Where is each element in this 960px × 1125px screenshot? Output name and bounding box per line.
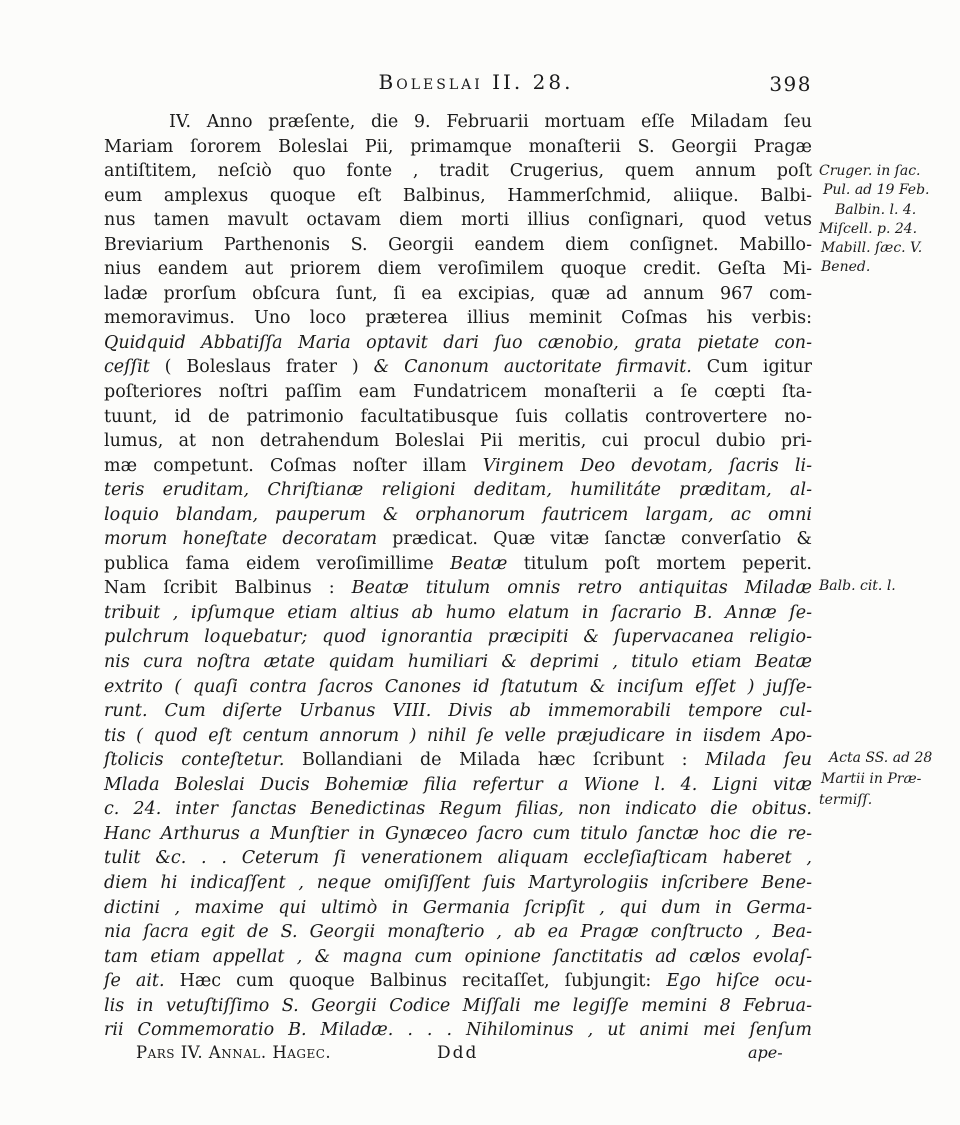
margin-note-group: Balb. cit. l. xyxy=(819,577,958,596)
text-segment-italic: tribuit , ipſumque etiam altius ab humo … xyxy=(104,603,812,623)
text-segment: poſteriores noſtri paſſim eam Fundatrice… xyxy=(104,382,812,402)
text-segment-italic: ſtolicis conteſtetur. xyxy=(104,750,284,770)
running-title: Boleslai II. 28. xyxy=(379,70,574,94)
text-line: loquio blandam, pauperum & orphanorum fa… xyxy=(104,503,812,528)
text-line: Nam ſcribit Balbinus : Beatæ titulum omn… xyxy=(104,576,812,601)
text-segment-italic: ſe ait. xyxy=(104,971,165,991)
text-segment-italic: Ego hiſce ocu- xyxy=(666,971,812,991)
text-segment-italic: Milada ſeu xyxy=(705,750,812,770)
margin-note-line: Balbin. l. 4. xyxy=(819,201,958,220)
text-segment: Breviarium Parthenonis S. Georgii eandem… xyxy=(104,235,812,255)
footer-catchword: ape- xyxy=(748,1043,783,1062)
text-segment: eum amplexus quoque eſt Balbinus, Hammer… xyxy=(104,186,812,206)
text-line: eum amplexus quoque eſt Balbinus, Hammer… xyxy=(104,184,812,209)
text-line: rii Commemoratio B. Miladæ. . . . Nihilo… xyxy=(104,1018,812,1043)
text-segment-italic: Mlada Boleslai Ducis Bohemiæ filia refer… xyxy=(104,775,812,795)
text-line: Mariam ſororem Boleslai Pii, primamque m… xyxy=(104,135,812,160)
text-segment-italic: morum honeſtate decoratam xyxy=(104,529,392,549)
text-segment-italic: diem hi indicaſſent , neque omiſiſſent ſ… xyxy=(104,873,812,893)
text-line: memoravimus. Uno loco præterea illius me… xyxy=(104,306,812,331)
text-segment-italic: Hanc Arthurus a Munſtier in Gynæceo ſacr… xyxy=(104,824,812,844)
text-segment-italic: runt. Cum diſerte Urbanus VIII. Divis ab… xyxy=(104,701,812,721)
text-segment-italic: pulchrum loquebatur; quod ignorantia præ… xyxy=(104,627,812,647)
text-line: pulchrum loquebatur; quod ignorantia præ… xyxy=(104,625,812,650)
text-segment-italic: tis ( quod eſt centum annorum ) nihil ſe… xyxy=(104,726,812,746)
text-segment-italic: tam etiam appellat , & magna cum opinion… xyxy=(104,947,812,967)
footer-signature: Pars IV. Annal. Hagec. xyxy=(136,1043,331,1062)
margin-note-group: Acta SS. ad 28Martii in Præ-termiſſ. xyxy=(819,748,958,811)
text-segment-italic: Quidquid Abbatiſſa Maria optavit dari ſu… xyxy=(104,333,812,353)
text-segment: Cum igitur xyxy=(692,357,812,377)
text-segment-italic: Virginem Deo devotam, ſacris li- xyxy=(483,456,812,476)
book-page: Boleslai II. 28. 398 IV. Anno præſente, … xyxy=(0,0,960,1125)
margin-note-line: Martii in Præ- xyxy=(819,769,958,790)
page-footer: Pars IV. Annal. Hagec. Ddd ape- xyxy=(104,1043,812,1069)
text-segment-italic: Beatæ titulum omnis retro antiquitas Mil… xyxy=(352,578,812,598)
margin-note-line: Miſcell. p. 24. xyxy=(819,220,958,239)
text-segment: lumus, at non detrahendum Boleslai Pii m… xyxy=(104,431,812,451)
text-line: lumus, at non detrahendum Boleslai Pii m… xyxy=(104,429,812,454)
margin-note-line: Pul. ad 19 Feb. xyxy=(819,181,958,200)
text-segment-italic: nis cura noſtra ætate quidam humiliari &… xyxy=(104,652,812,672)
text-line: nia ſacra egit de S. Georgii monaſterio … xyxy=(104,920,812,945)
text-segment: ladæ prorſum obſcura ſunt, ſi ea excipia… xyxy=(104,284,812,304)
text-line: diem hi indicaſſent , neque omiſiſſent ſ… xyxy=(104,871,812,896)
text-segment: nus tamen mavult octavam diem morti illi… xyxy=(104,210,812,230)
text-segment-italic: dictini , maxime qui ultimò in Germania … xyxy=(104,898,812,918)
text-line: nus tamen mavult octavam diem morti illi… xyxy=(104,208,812,233)
text-segment-italic: nia ſacra egit de S. Georgii monaſterio … xyxy=(104,922,812,942)
text-segment: tuunt, id de patrimonio facultatibusque … xyxy=(104,407,812,427)
margin-note-line: Bened. xyxy=(819,258,958,277)
text-segment: Hæc cum quoque Balbinus recitaſſet, ſubj… xyxy=(165,971,667,991)
text-segment: ( Boleslaus frater ) xyxy=(150,357,374,377)
text-segment-italic: ceſſit xyxy=(104,357,150,377)
text-segment-italic: tulit &c. . . Ceterum ſi venerationem al… xyxy=(104,848,812,868)
text-segment-italic: loquio blandam, pauperum & orphanorum fa… xyxy=(104,505,812,525)
text-line: IV. Anno præſente, die 9. Februarii mort… xyxy=(104,110,812,135)
text-line: publica fama eidem veroſimillime Beatæ t… xyxy=(104,552,812,577)
text-segment-italic: Beatæ xyxy=(450,554,507,574)
margin-note-line: Balb. cit. l. xyxy=(819,577,958,596)
text-line: nis cura noſtra ætate quidam humiliari &… xyxy=(104,650,812,675)
text-line: teris eruditam, Chriſtianæ religioni ded… xyxy=(104,478,812,503)
text-segment-italic: teris eruditam, Chriſtianæ religioni ded… xyxy=(104,480,812,500)
text-line: morum honeſtate decoratam prædicat. Quæ … xyxy=(104,527,812,552)
body-text: IV. Anno præſente, die 9. Februarii mort… xyxy=(104,110,812,1043)
text-line: ladæ prorſum obſcura ſunt, ſi ea excipia… xyxy=(104,282,812,307)
text-line: nius eandem aut priorem diem veroſimilem… xyxy=(104,257,812,282)
text-line: ceſſit ( Boleslaus frater ) & Canonum au… xyxy=(104,355,812,380)
margin-note-line: Acta SS. ad 28 xyxy=(819,748,958,769)
text-segment: Mariam ſororem Boleslai Pii, primamque m… xyxy=(104,137,812,157)
text-line: Quidquid Abbatiſſa Maria optavit dari ſu… xyxy=(104,331,812,356)
text-line: ſe ait. Hæc cum quoque Balbinus recitaſſ… xyxy=(104,969,812,994)
page-header: Boleslai II. 28. 398 xyxy=(104,70,812,100)
text-line: Breviarium Parthenonis S. Georgii eandem… xyxy=(104,233,812,258)
page-number: 398 xyxy=(769,72,812,96)
text-segment-italic: rii Commemoratio B. Miladæ. . . . Nihilo… xyxy=(104,1020,812,1040)
text-line: antiſtitem, neſciò quo fonte , tradit Cr… xyxy=(104,159,812,184)
text-line: tulit &c. . . Ceterum ſi venerationem al… xyxy=(104,846,812,871)
text-segment: memoravimus. Uno loco præterea illius me… xyxy=(104,308,812,328)
text-line: Mlada Boleslai Ducis Bohemiæ filia refer… xyxy=(104,773,812,798)
text-line: lis in vetuſtiſſimo S. Georgii Codice Mi… xyxy=(104,994,812,1019)
text-segment: IV. Anno præſente, die 9. Februarii mort… xyxy=(169,112,812,132)
text-line: tis ( quod eſt centum annorum ) nihil ſe… xyxy=(104,724,812,749)
text-line: runt. Cum diſerte Urbanus VIII. Divis ab… xyxy=(104,699,812,724)
margin-note-line: Cruger. in ſac. xyxy=(819,162,958,181)
text-segment-italic: extrito ( quaſi contra ſacros Canones id… xyxy=(104,677,812,697)
text-line: ſtolicis conteſtetur. Bollandiani de Mil… xyxy=(104,748,812,773)
text-segment: prædicat. Quæ vitæ ſanctæ converſatio & xyxy=(392,529,812,549)
text-segment-italic: & Canonum auctoritate firmavit. xyxy=(374,357,692,377)
text-line: dictini , maxime qui ultimò in Germania … xyxy=(104,896,812,921)
footer-gathering: Ddd xyxy=(437,1043,478,1063)
text-segment: Bollandiani de Milada hæc ſcribunt : xyxy=(284,750,705,770)
margin-note-line: Mabill. ſæc. V. xyxy=(819,239,958,258)
text-segment: antiſtitem, neſciò quo fonte , tradit Cr… xyxy=(104,161,812,181)
text-segment-italic: c. 24. inter ſanctas Benedictinas Regum … xyxy=(104,799,812,819)
text-segment: nius eandem aut priorem diem veroſimilem… xyxy=(104,259,812,279)
text-line: c. 24. inter ſanctas Benedictinas Regum … xyxy=(104,797,812,822)
margin-note-group: Cruger. in ſac.Pul. ad 19 Feb.Balbin. l.… xyxy=(819,162,958,278)
text-segment-italic: lis in vetuſtiſſimo S. Georgii Codice Mi… xyxy=(104,996,812,1016)
text-line: tribuit , ipſumque etiam altius ab humo … xyxy=(104,601,812,626)
text-line: tuunt, id de patrimonio facultatibusque … xyxy=(104,405,812,430)
text-segment: mæ competunt. Coſmas noſter illam xyxy=(104,456,483,476)
text-line: Hanc Arthurus a Munſtier in Gynæceo ſacr… xyxy=(104,822,812,847)
text-segment: titulum poſt mortem peperit. xyxy=(507,554,812,574)
text-line: tam etiam appellat , & magna cum opinion… xyxy=(104,945,812,970)
text-segment: publica fama eidem veroſimillime xyxy=(104,554,450,574)
text-line: poſteriores noſtri paſſim eam Fundatrice… xyxy=(104,380,812,405)
text-line: extrito ( quaſi contra ſacros Canones id… xyxy=(104,675,812,700)
margin-note-line: termiſſ. xyxy=(819,790,958,811)
text-line: mæ competunt. Coſmas noſter illam Virgin… xyxy=(104,454,812,479)
text-segment: Nam ſcribit Balbinus : xyxy=(104,578,352,598)
